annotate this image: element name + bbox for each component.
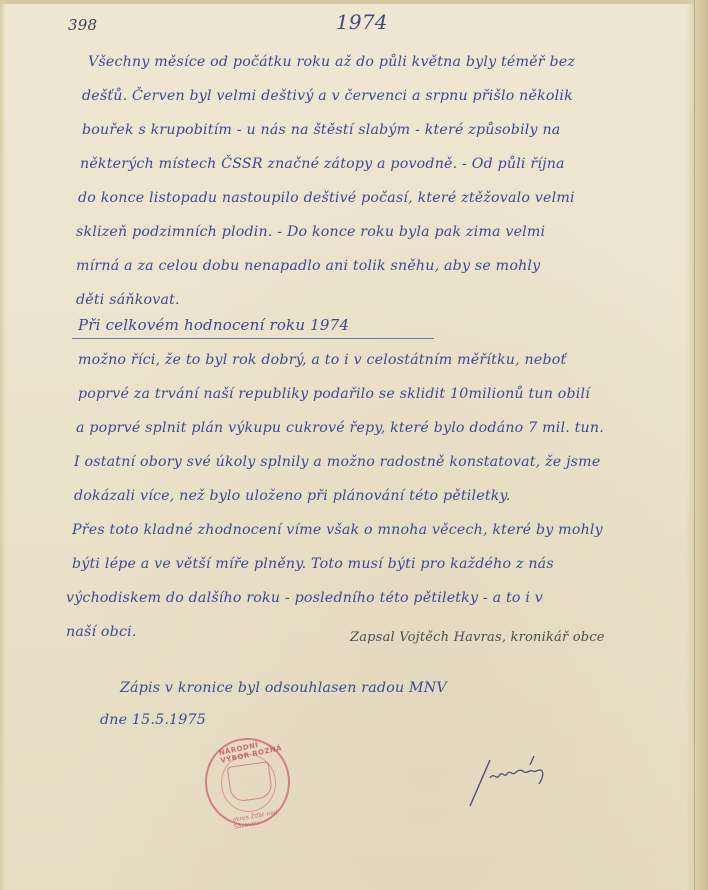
text-line: sklizeň podzimních plodin. - Do konce ro… [76,224,545,240]
author-note: Zapsal Vojtěch Havras, kronikář obce [350,630,605,645]
text-line: I ostatní obory své úkoly splnily a možn… [74,454,600,470]
year-title: 1974 [336,10,388,34]
heading-underline [72,338,434,339]
text-line: možno říci, že to byl rok dobrý, a to i … [78,352,566,368]
text-line: naší obci. [66,624,137,640]
paper-top-edge [0,0,708,4]
text-line: poprvé za trvání naší republiky podařilo… [78,386,590,402]
text-line: dokázali více, než bylo uloženo při plán… [74,488,511,504]
page-number: 398 [68,16,97,34]
text-line: děti sáňkovat. [76,292,180,308]
paper-binding-edge [686,0,708,890]
approval-line: Zápis v kronice byl odsouhlasen radou MN… [120,680,447,696]
chronicle-page: 398 1974 Všechny měsíce od počátku roku … [0,0,708,890]
text-line: Všechny měsíce od počátku roku až do půl… [88,54,575,70]
text-line: a poprvé splnit plán výkupu cukrové řepy… [76,420,604,436]
text-line: býti lépe a ve větší míře plněny. Toto m… [72,556,554,572]
approval-date: dne 15.5.1975 [100,712,206,728]
official-stamp: NÁRODNÍ VÝBOR ROZNÁ okres Žďár nad Sázav… [205,738,290,826]
text-line: Přes toto kladné zhodnocení víme však o … [72,522,603,538]
paper-left-edge [0,0,6,890]
text-line: bouřek s krupobitím - u nás na štěstí sl… [82,122,560,138]
text-line: mírná a za celou dobu nenapadlo ani toli… [76,258,540,274]
signature-icon [462,748,572,808]
text-line: východiskem do dalšího roku - posledního… [66,590,543,606]
text-line: do konce listopadu nastoupilo deštivé po… [78,190,575,206]
section-heading: Při celkovém hodnocení roku 1974 [78,316,349,334]
text-line: dešťů. Červen byl velmi deštivý a v červ… [82,88,573,104]
text-line: některých místech ČSSR značné zátopy a p… [80,156,565,172]
